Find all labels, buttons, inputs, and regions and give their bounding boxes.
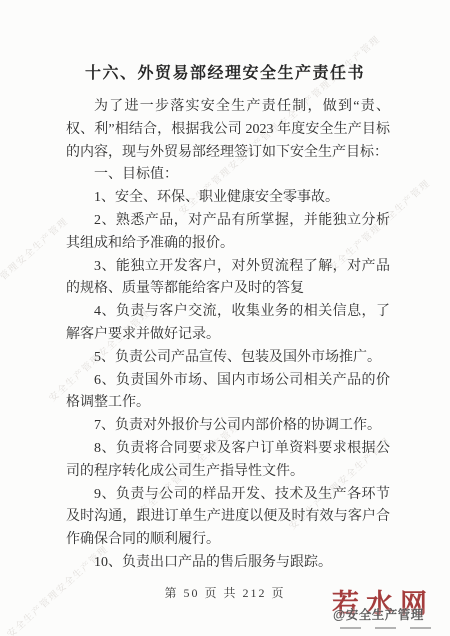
paragraph-heading: 一、目标值： xyxy=(66,164,390,187)
logo-subtext-marks xyxy=(340,627,431,629)
document-body: 为了进一步落实安全生产责任制，做到“责、权、利”相结合，根据我公司 2023 年… xyxy=(66,96,390,575)
paragraph-item-8: 8、负责将合同要求及客户订单资料要求根据公司的程序转化成公司生产指导性文件。 xyxy=(66,438,390,484)
paragraph-item-1: 1、安全、环保、职业健康安全零事故。 xyxy=(66,187,390,210)
document-page: 安全生产管理安全生产管理 安全生产管理安全生产管理 安全生产管理安全生产管理 安… xyxy=(0,0,450,636)
paragraph-item-2: 2、熟悉产品，对产品有所掌握，并能独立分析其组成和给予准确的报价。 xyxy=(66,210,390,256)
logo-handle-overlay: @安全生产管理 xyxy=(333,605,424,623)
paragraph-intro: 为了进一步落实安全生产责任制，做到“责、权、利”相结合，根据我公司 2023 年… xyxy=(66,96,390,164)
document-title: 十六、外贸易部经理安全生产责任书 xyxy=(0,0,450,83)
paragraph-item-4: 4、负责与客户交流，收集业务的相关信息，了解客户要求并做好记录。 xyxy=(66,301,390,347)
paragraph-item-3: 3、能独立开发客户，对外贸流程了解，对产品的规格、质量等都能给客户及时的答复 xyxy=(66,256,390,302)
paragraph-item-7: 7、负责对外报价与公司内部价格的协调工作。 xyxy=(66,415,390,438)
diagonal-watermark: 安全生产管理安全生产管理 xyxy=(0,213,71,312)
paragraph-item-6: 6、负责国外市场、国内市场公司相关产品的价格调整工作。 xyxy=(66,370,390,416)
paragraph-item-9: 9、负责与公司的样品开发、技术及生产各环节及时沟通，跟进订单生产进度以便及时有效… xyxy=(66,484,390,552)
paragraph-item-5: 5、负责公司产品宣传、包装及国外市场推广。 xyxy=(66,347,390,370)
ruoshui-site-logo: 若水网 @安全生产管理 xyxy=(332,590,450,636)
paragraph-item-10: 10、负责出口产品的售后服务与跟踪。 xyxy=(66,552,390,575)
